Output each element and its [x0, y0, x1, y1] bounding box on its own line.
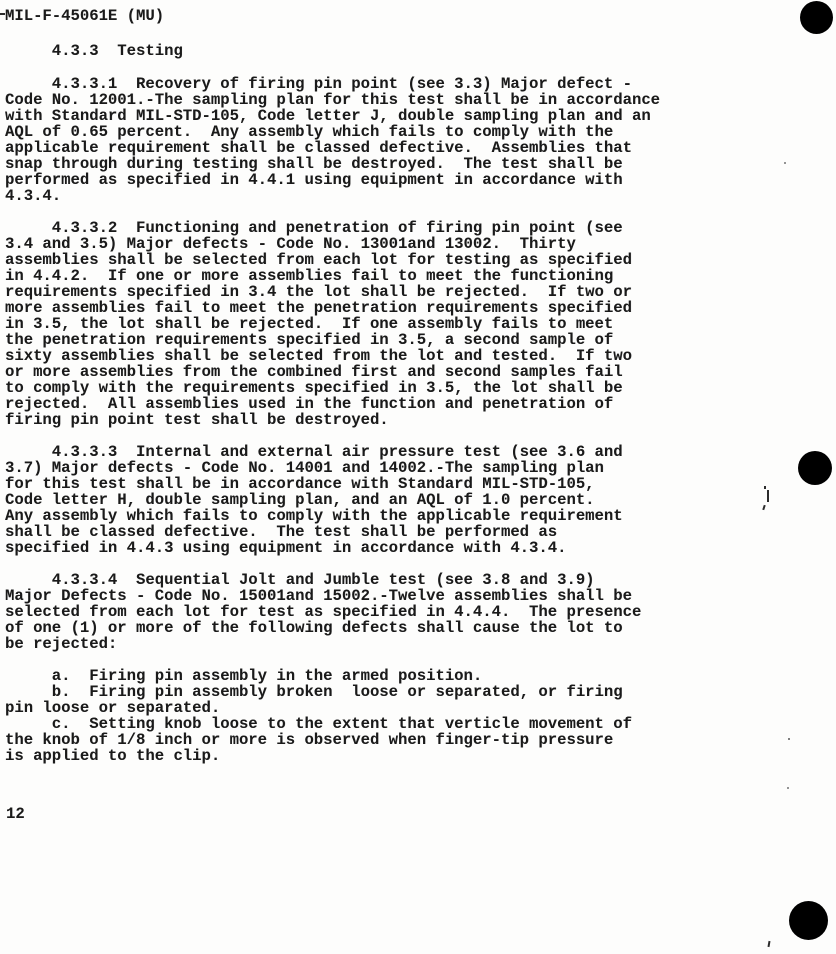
defect-list: a. Firing pin assembly in the armed posi… [5, 668, 632, 764]
scan-speck [788, 738, 790, 740]
paragraph-4-3-3-4: 4.3.3.4 Sequential Jolt and Jumble test … [5, 572, 641, 652]
scan-mark-dot [764, 486, 766, 489]
paragraph-4-3-3-2: 4.3.3.2 Functioning and penetration of f… [5, 220, 632, 428]
scan-mark-comma [762, 505, 765, 510]
scanned-document-page: MIL-F-45061E (MU) 4.3.3 Testing 4.3.3.1 … [0, 0, 836, 954]
hole-punch-middle-icon [798, 451, 832, 485]
section-heading: 4.3.3 Testing [5, 43, 183, 59]
scan-speck [784, 162, 786, 164]
paragraph-4-3-3-1: 4.3.3.1 Recovery of firing pin point (se… [5, 76, 660, 204]
scan-speck [0, 13, 5, 15]
paragraph-4-3-3-3: 4.3.3.3 Internal and external air pressu… [5, 444, 623, 556]
scan-mark-apostrophe [767, 941, 770, 947]
hole-punch-bottom-icon [789, 901, 828, 940]
scan-mark-bar [767, 490, 769, 502]
hole-punch-top-icon [800, 1, 833, 34]
document-id-header: MIL-F-45061E (MU) [5, 8, 164, 24]
page-number: 12 [6, 806, 25, 822]
scan-speck [787, 787, 789, 789]
